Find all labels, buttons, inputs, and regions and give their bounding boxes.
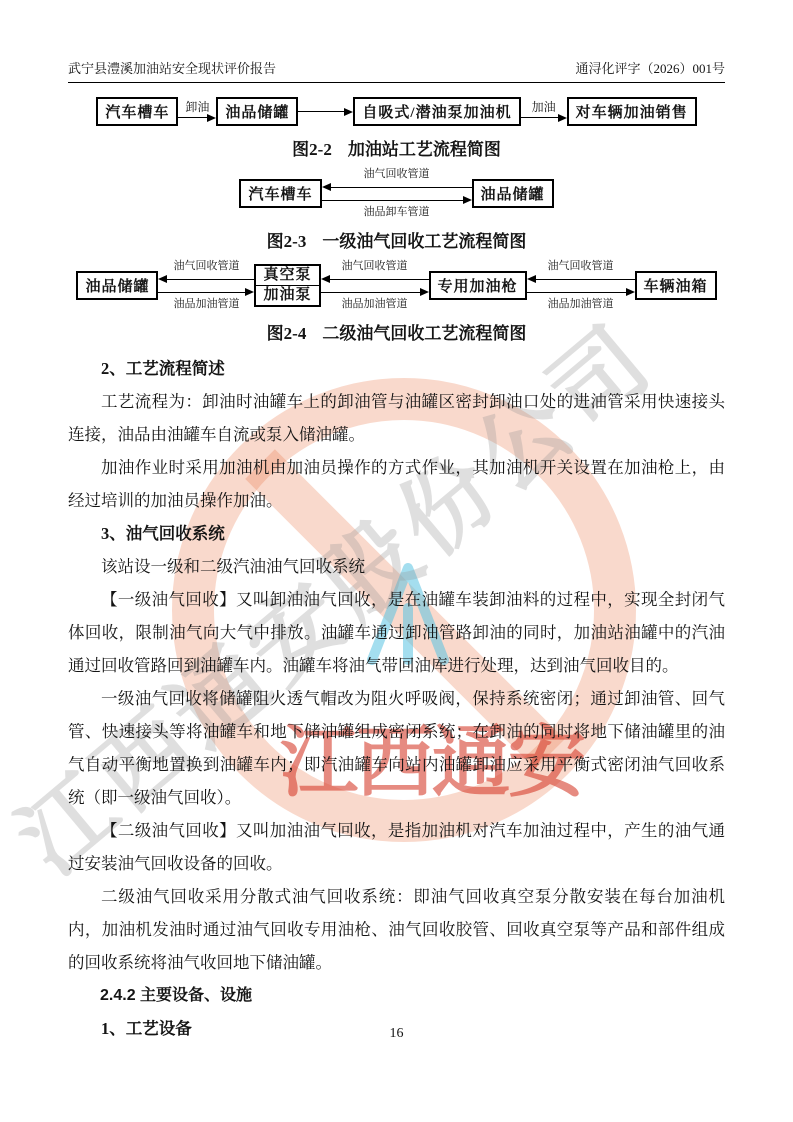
duplex-pipes: 油气回收管道 油品加油管道 (321, 260, 429, 310)
flow-box-dedicated-nozzle: 专用加油枪 (429, 271, 527, 300)
flow-box-oil-storage-tank: 油品储罐 (76, 271, 158, 300)
arrow-to-dispenser (298, 108, 353, 116)
duplex-pipes: 油气回收管道 油品加油管道 (158, 260, 254, 310)
arrow-right-icon (344, 108, 353, 116)
header-report-title: 武宁县澧溪加油站安全现状评价报告 (68, 58, 276, 77)
label-vapor-recovery-pipe: 油气回收管道 (173, 260, 239, 272)
figure-2-4-caption: 图2-4二级油气回收工艺流程简图 (68, 319, 725, 344)
heading-main-equipment: 2.4.2 主要设备、设施 (68, 979, 725, 1012)
label-oil-fuel-pipe: 油品加油管道 (173, 298, 239, 310)
arrow-left-icon (527, 275, 536, 283)
flowchart-station-process: 汽车槽车 卸油 油品储罐 自吸式/潜油泵加油机 加油 对车辆加油销售 (68, 97, 725, 126)
document-page: 江西通安股份公司 江西通安 武宁县澧溪加油站安全现状评价报告 通浔化评字（202… (0, 0, 793, 1122)
flowchart-stage1-recovery: 汽车槽车 油气回收管道 油品卸车管道 油品储罐 (68, 168, 725, 218)
flow-box-vehicle-fuel-tank: 车辆油箱 (635, 271, 717, 300)
paragraph-stage1-implementation: 一级油气回收将储罐阻火透气帽改为阻火呼吸阀，保持系统密闭；通过卸油管、回气管、快… (68, 682, 725, 814)
fuel-pump-cell: 加油泵 (256, 286, 318, 305)
flow-box-oil-storage-tank: 油品储罐 (216, 97, 298, 126)
arrow-right-icon (463, 196, 472, 204)
figure-2-2-label: 图2-2 (292, 140, 332, 159)
flow-box-vehicle-sales: 对车辆加油销售 (567, 97, 697, 126)
flow-box-oil-storage-tank: 油品储罐 (472, 179, 554, 208)
flow-box-tanker-truck: 汽车槽车 (239, 179, 321, 208)
label-oil-unload-pipe: 油品卸车管道 (364, 206, 430, 218)
paragraph-system-overview: 该站设一级和二级汽油油气回收系统 (68, 550, 725, 583)
arrow-right-icon (420, 288, 429, 296)
label-vapor-recovery-pipe: 油气回收管道 (364, 168, 430, 180)
heading-process-summary: 2、工艺流程简述 (68, 352, 725, 385)
arrow-right-icon (207, 114, 216, 122)
flow-box-vacuum-pump-fuel-pump: 真空泵 加油泵 (254, 264, 320, 307)
label-vapor-recovery-pipe: 油气回收管道 (342, 260, 408, 272)
page-content: 武宁县澧溪加油站安全现状评价报告 通浔化评字（2026）001号 汽车槽车 卸油… (0, 0, 793, 1045)
label-vapor-recovery-pipe: 油气回收管道 (548, 260, 614, 272)
flowchart-stage2-recovery: 油品储罐 油气回收管道 油品加油管道 真空泵 加油泵 油气回收管道 油品加油管道… (68, 260, 725, 310)
paragraph-stage2-implementation: 二级油气回收采用分散式油气回收系统：即油气回收真空泵分散安装在每台加油机内，加油… (68, 880, 725, 979)
arrow-unload-oil: 卸油 (178, 101, 216, 122)
vacuum-pump-cell: 真空泵 (256, 266, 318, 286)
page-number: 16 (0, 1026, 793, 1042)
label-oil-fuel-pipe: 油品加油管道 (548, 298, 614, 310)
arrow-left-icon (158, 275, 167, 283)
paragraph-unloading-process: 工艺流程为：卸油时油罐车上的卸油管与油罐区密封卸油口处的进油管采用快速接头连接，… (68, 385, 725, 451)
label-oil-fuel-pipe: 油品加油管道 (342, 298, 408, 310)
paragraph-stage1-definition: 【一级油气回收】又叫卸油油气回收，是在油罐车装卸油料的过程中，实现全封闭气体回收… (68, 583, 725, 682)
header-doc-number: 通浔化评字（2026）001号 (575, 58, 725, 77)
arrow-label-refuel: 加油 (532, 101, 556, 114)
arrow-left-icon (321, 275, 330, 283)
paragraph-stage2-definition: 【二级油气回收】又叫加油油气回收，是指加油机对汽车加油过程中，产生的油气通过安装… (68, 814, 725, 880)
figure-2-3-caption: 图2-3一级油气回收工艺流程简图 (68, 227, 725, 252)
page-header: 武宁县澧溪加油站安全现状评价报告 通浔化评字（2026）001号 (68, 58, 725, 83)
duplex-pipes: 油气回收管道 油品卸车管道 (322, 168, 472, 218)
flow-box-tanker-truck: 汽车槽车 (96, 97, 178, 126)
paragraph-refueling-operation: 加油作业时采用加油机由加油员操作的方式作业，其加油机开关设置在加油枪上，由经过培… (68, 451, 725, 517)
arrow-left-icon (322, 183, 331, 191)
figure-2-2-caption: 图2-2加油站工艺流程简图 (68, 135, 725, 160)
arrow-right-icon (558, 114, 567, 122)
figure-2-4-label: 图2-4 (267, 324, 307, 343)
figure-2-3-title: 一级油气回收工艺流程简图 (322, 232, 526, 251)
body-text: 2、工艺流程简述 工艺流程为：卸油时油罐车上的卸油管与油罐区密封卸油口处的进油管… (68, 352, 725, 1045)
duplex-pipes: 油气回收管道 油品加油管道 (527, 260, 635, 310)
arrow-right-icon (626, 288, 635, 296)
figure-2-2-title: 加油站工艺流程简图 (348, 140, 501, 159)
flow-box-dispenser: 自吸式/潜油泵加油机 (353, 97, 520, 126)
figure-2-4-title: 二级油气回收工艺流程简图 (322, 324, 526, 343)
heading-vapor-recovery: 3、油气回收系统 (68, 517, 725, 550)
arrow-label-unload: 卸油 (185, 101, 209, 114)
arrow-refuel: 加油 (521, 101, 567, 122)
figure-2-3-label: 图2-3 (267, 232, 307, 251)
arrow-right-icon (245, 288, 254, 296)
